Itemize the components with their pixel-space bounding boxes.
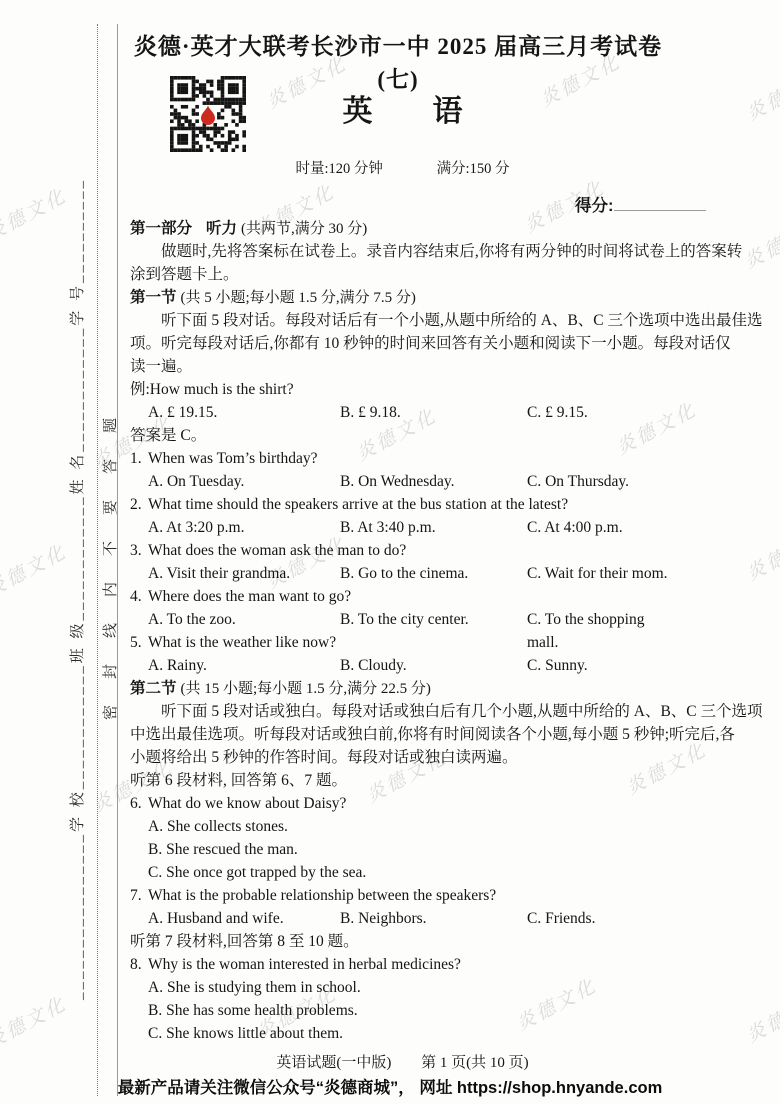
heading-note: (共 5 小题;每小题 1.5 分,满分 7.5 分) [181, 290, 416, 306]
options-row: A. £ 19.15.B. £ 9.18.C. £ 9.15. [130, 401, 678, 424]
text-line: 项。听完每段对话后,你都有 10 秒钟的时间来回答有关小题和阅读下一小题。每段对… [130, 332, 678, 355]
option-c: C. At 4:00 p.m. [527, 516, 678, 539]
score-field: 得分: [575, 192, 706, 216]
question-number: 3. [130, 539, 148, 562]
option-c: C. She knows little about them. [130, 1022, 678, 1045]
question-text: What is the probable relationship betwee… [148, 887, 496, 904]
watermark-text: 炎德文化 [741, 983, 780, 1048]
question-number: 2. [130, 493, 148, 516]
heading-label: 第一节 [130, 289, 177, 306]
watermark-text: 炎德文化 [0, 989, 71, 1054]
options-row: A. To the zoo.B. To the city center.C. T… [130, 608, 678, 631]
option-b: B. Neighbors. [340, 907, 527, 930]
option-b: B. At 3:40 p.m. [340, 516, 527, 539]
question-number: 8. [130, 953, 148, 976]
heading-title: 听力 [206, 220, 237, 237]
options-row: A. On Tuesday.B. On Wednesday.C. On Thur… [130, 470, 678, 493]
option-c: C. To the shopping mall. [527, 608, 678, 631]
question-line: 4.Where does the man want to go? [130, 585, 678, 608]
option-b: B. £ 9.18. [340, 401, 527, 424]
score-blank-line [614, 195, 706, 211]
options-stacked: A. She is studying them in school.B. She… [130, 976, 678, 1045]
watermark-text: 炎德文化 [0, 181, 71, 246]
option-a: A. On Tuesday. [148, 470, 340, 493]
question-text: What is the weather like now? [148, 634, 336, 651]
question-line: 8.Why is the woman interested in herbal … [130, 953, 678, 976]
full-score-label: 满分:150 分 [437, 161, 510, 177]
option-b: B. On Wednesday. [340, 470, 527, 493]
option-c: C. She once got trapped by the sea. [130, 861, 678, 884]
option-b: B. Cloudy. [340, 654, 527, 677]
page-number: 第 1 页(共 10 页) [421, 1055, 529, 1071]
watermark-text: 炎德文化 [0, 537, 71, 602]
options-row: A. Rainy.B. Cloudy.C. Sunny. [130, 654, 678, 677]
text-line: 做题时,先将答案标在试卷上。录音内容结束后,你将有两分钟的时间将试卷上的答案转 [130, 240, 678, 263]
option-a: A. £ 19.15. [148, 401, 340, 424]
heading-label: 第一部分 [130, 220, 192, 237]
score-field-label: 得分: [575, 197, 614, 215]
option-a: A. At 3:20 p.m. [148, 516, 340, 539]
option-b: B. To the city center. [340, 608, 527, 631]
option-c: C. Sunny. [527, 654, 678, 677]
options-row: A. Visit their grandma.B. Go to the cine… [130, 562, 678, 585]
exam-body: 第一部分听力(共两节,满分 30 分)做题时,先将答案标在试卷上。录音内容结束后… [130, 217, 678, 1045]
option-a: A. To the zoo. [148, 608, 340, 631]
text-line: 中选出最佳选项。听每段对话或独白前,你将有时间阅读各个小题,每小题 5 秒钟;听… [130, 723, 678, 746]
duration-label: 时量:120 分钟 [296, 161, 383, 177]
text-line: 读一遍。 [130, 355, 678, 378]
option-c: C. Wait for their mom. [527, 562, 678, 585]
part-heading: 第一部分听力(共两节,满分 30 分) [130, 217, 678, 240]
text-line: 听第 6 段材料, 回答第 6、7 题。 [130, 769, 678, 792]
question-line: 3.What does the woman ask the man to do? [130, 539, 678, 562]
question-text: What do we know about Daisy? [148, 795, 346, 812]
student-fields-text: ________________学 校____________班 级______… [66, 160, 87, 1000]
question-text: Why is the woman interested in herbal me… [148, 956, 461, 973]
watermark-text: 炎德文化 [741, 521, 780, 586]
question-number: 6. [130, 792, 148, 815]
heading-note: (共 15 小题;每小题 1.5 分,满分 22.5 分) [181, 681, 431, 697]
question-number: 1. [130, 447, 148, 470]
text-line: 答案是 C。 [130, 424, 678, 447]
option-c: C. £ 9.15. [527, 401, 678, 424]
page-footer: 英语试题(一中版) 第 1 页(共 10 页) [130, 1051, 675, 1072]
paper-name: 英语试题(一中版) [276, 1055, 391, 1071]
question-line: 6.What do we know about Daisy? [130, 792, 678, 815]
exam-meta: 时量:120 分钟 满分:150 分 [130, 157, 675, 178]
option-b: B. Go to the cinema. [340, 562, 527, 585]
option-a: A. Visit their grandma. [148, 562, 340, 585]
option-c: C. On Thursday. [527, 470, 678, 493]
options-row: A. At 3:20 p.m.B. At 3:40 p.m.C. At 4:00… [130, 516, 678, 539]
text-line: 听下面 5 段对话。每段对话后有一个小题,从题中所给的 A、B、C 三个选项中选… [130, 309, 678, 332]
exam-paper-page: 炎德文化炎德文化炎德文化炎德文化炎德文化炎德文化炎德文化炎德文化炎德文化炎德文化… [0, 0, 780, 1104]
question-number: 5. [130, 631, 148, 654]
watermark-text: 炎德文化 [741, 61, 780, 126]
seal-notice-text: 密封线内不要答题 [99, 380, 120, 720]
option-a: A. Rainy. [148, 654, 340, 677]
text-line: 涂到答题卡上。 [130, 263, 678, 286]
question-text: When was Tom’s birthday? [148, 450, 318, 467]
question-line: 7.What is the probable relationship betw… [130, 884, 678, 907]
text-line: 听下面 5 段对话或独白。每段对话或独白后有几个小题,从题中所给的 A、B、C … [130, 700, 678, 723]
question-number: 4. [130, 585, 148, 608]
question-text: Where does the man want to go? [148, 588, 351, 605]
text-line: 例:How much is the shirt? [130, 378, 678, 401]
options-stacked: A. She collects stones.B. She rescued th… [130, 815, 678, 884]
question-line: 1.When was Tom’s birthday? [130, 447, 678, 470]
option-b: B. She rescued the man. [130, 838, 678, 861]
heading-label: 第二节 [130, 680, 177, 697]
option-b: B. She has some health problems. [130, 999, 678, 1022]
question-text: What does the woman ask the man to do? [148, 542, 406, 559]
question-text: What time should the speakers arrive at … [148, 496, 568, 513]
text-line: 小题将给出 5 秒钟的作答时间。每段对话或独白读两遍。 [130, 746, 678, 769]
text-line: 听第 7 段材料,回答第 8 至 10 题。 [130, 930, 678, 953]
question-line: 2.What time should the speakers arrive a… [130, 493, 678, 516]
question-line: 5.What is the weather like now? [130, 631, 678, 654]
option-a: A. She collects stones. [130, 815, 678, 838]
heading-note: (共两节,满分 30 分) [241, 221, 367, 237]
option-a: A. Husband and wife. [148, 907, 340, 930]
section-heading: 第一节(共 5 小题;每小题 1.5 分,满分 7.5 分) [130, 286, 678, 309]
section-heading: 第二节(共 15 小题;每小题 1.5 分,满分 22.5 分) [130, 677, 678, 700]
question-number: 7. [130, 884, 148, 907]
watermark-text: 炎德文化 [739, 209, 780, 274]
subject-title: 英 语 [130, 86, 675, 130]
seal-dotted-line [97, 24, 98, 1096]
option-a: A. She is studying them in school. [130, 976, 678, 999]
promo-footer: 最新产品请关注微信公众号“炎德商城”， 网址 https://shop.hnya… [0, 1074, 780, 1098]
options-row: A. Husband and wife.B. Neighbors.C. Frie… [130, 907, 678, 930]
option-c: C. Friends. [527, 907, 678, 930]
